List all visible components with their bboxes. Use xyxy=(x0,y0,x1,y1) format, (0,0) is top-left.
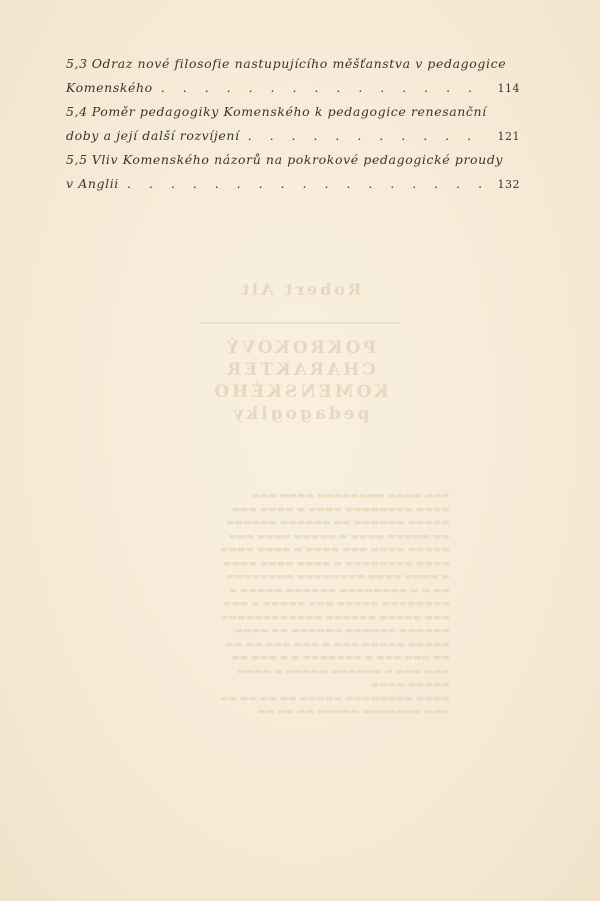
section-title: Poměr pedagogiky Komenského k pedagogice… xyxy=(92,104,487,119)
section-number: 5,4 xyxy=(66,104,88,119)
bleed-through-reverse-page: Robert Alt POKROKOVÝ CHARAKTER KOMENSKÉH… xyxy=(200,280,400,425)
dot-leader: . . . . . . . . . . . . . . . . . . . . … xyxy=(127,172,490,196)
page-number: 114 xyxy=(496,77,520,101)
page-number: 132 xyxy=(496,173,520,197)
section-number: 5,5 xyxy=(66,152,88,167)
section-title-continuation: doby a její další rozvíjení xyxy=(66,124,240,148)
toc-entry-5-4[interactable]: 5,4Poměr pedagogiky Komenského k pedagog… xyxy=(66,100,520,148)
bleed-colophon-block: ▬▬▬ ▬▬▬▬ ▬▬▬▬▬▬▬▬ ▬▬▬▬ ▬▬▬▬▬▬▬ ▬▬▬▬▬▬▬▬ … xyxy=(190,490,450,720)
section-title-continuation: Komenského xyxy=(66,76,153,100)
toc-entry-5-3[interactable]: 5,3Odraz nové filosofie nastupujícího mě… xyxy=(66,52,520,100)
section-title: Odraz nové filosofie nastupujícího měšťa… xyxy=(92,56,507,71)
section-number: 5,3 xyxy=(66,56,88,71)
section-title: Vliv Komenského názorů na pokrokové peda… xyxy=(92,152,503,167)
bleed-title: POKROKOVÝ CHARAKTER KOMENSKÉHO pedagogik… xyxy=(200,337,400,425)
bleed-author: Robert Alt xyxy=(200,280,400,299)
section-title-continuation: v Anglii xyxy=(66,172,119,196)
page-number: 121 xyxy=(496,125,520,149)
dot-leader: . . . . . . . . . . . . . . . . . . . . … xyxy=(248,124,490,148)
bleed-divider xyxy=(200,322,400,324)
table-of-contents: 5,3Odraz nové filosofie nastupujícího mě… xyxy=(66,52,520,196)
toc-entry-5-5[interactable]: 5,5Vliv Komenského názorů na pokrokové p… xyxy=(66,148,520,196)
dot-leader: . . . . . . . . . . . . . . . . . . . . … xyxy=(161,76,490,100)
